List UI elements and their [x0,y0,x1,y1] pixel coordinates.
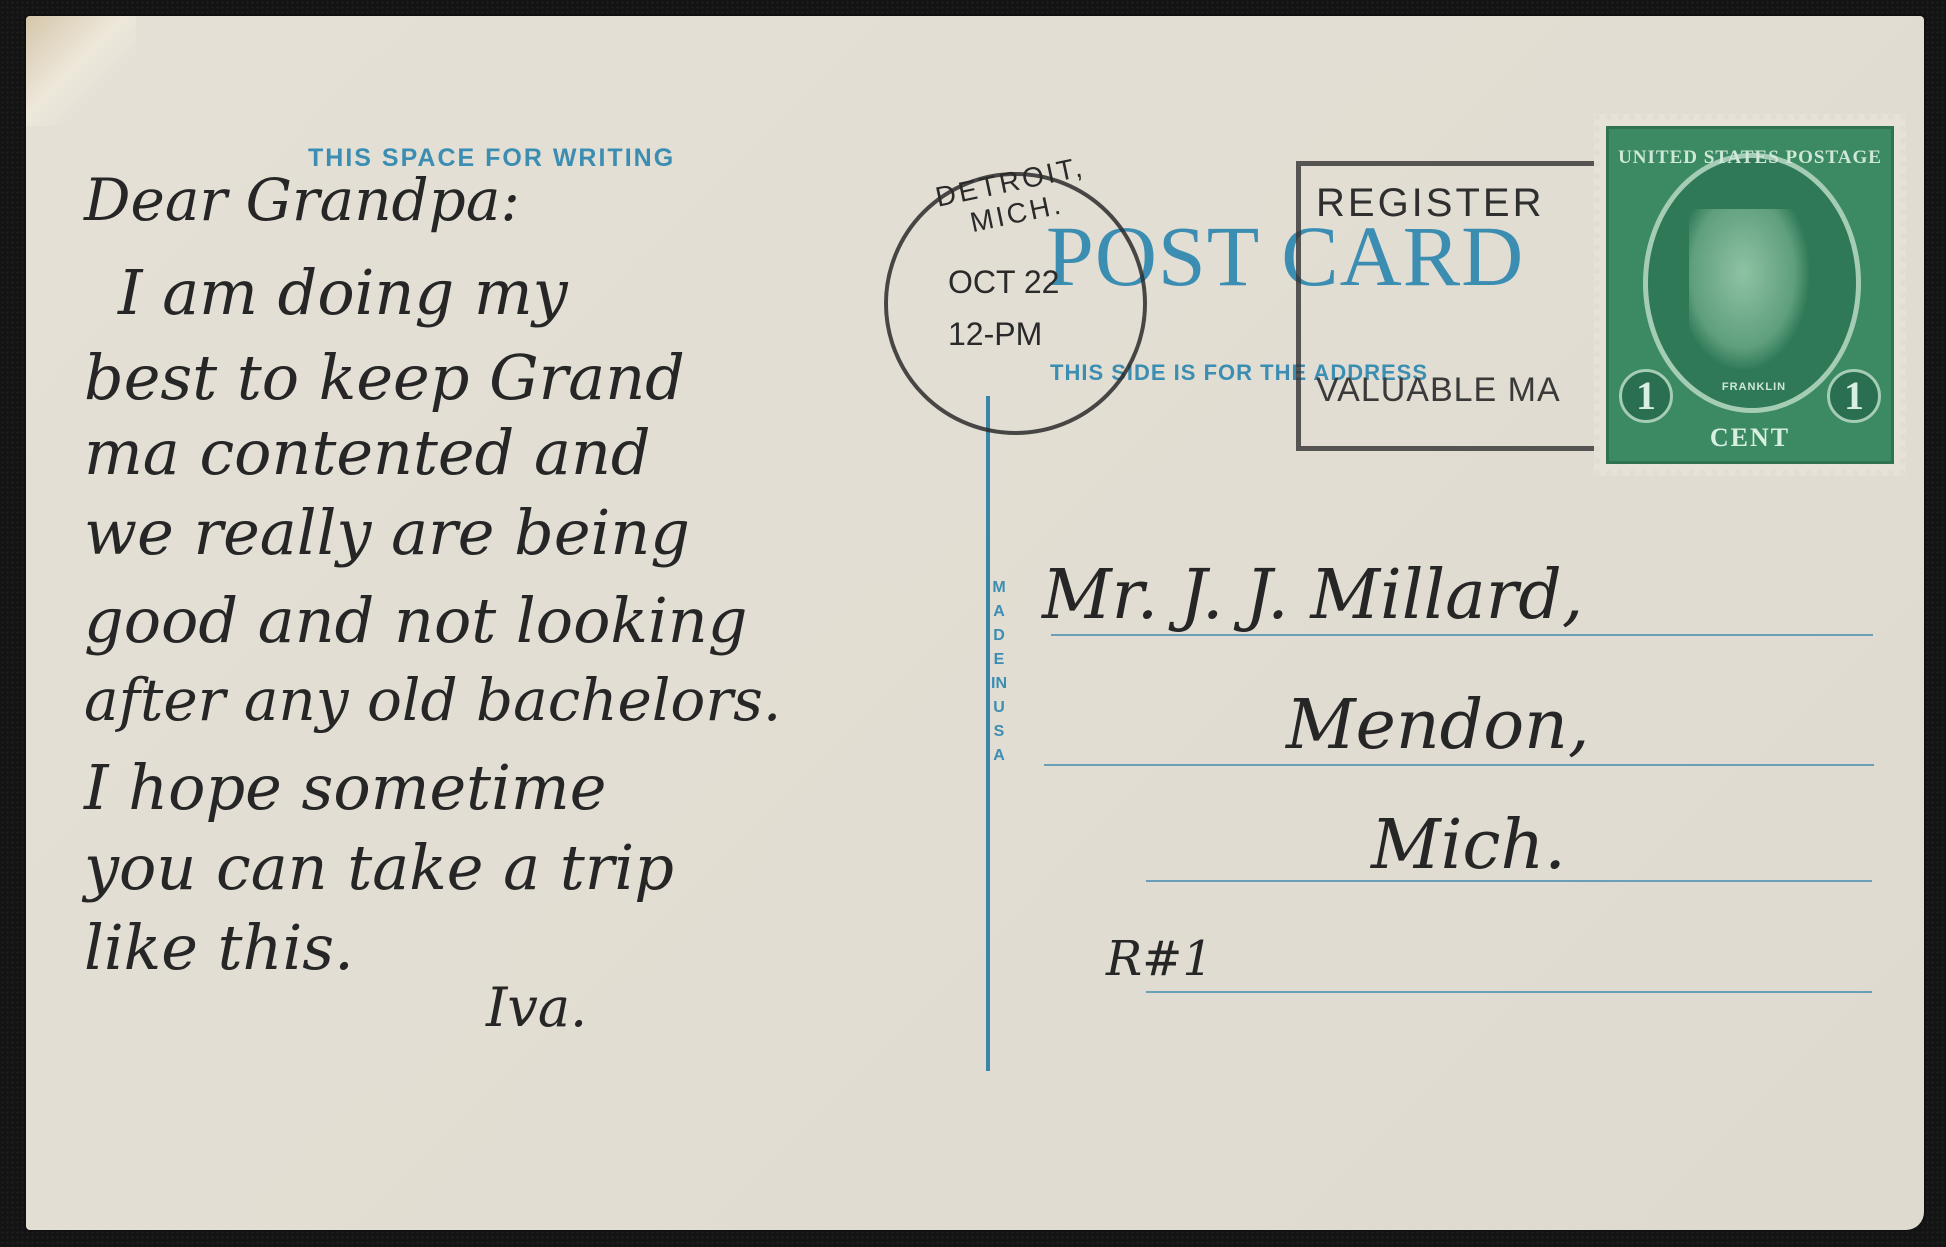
franklin-portrait-icon [1689,209,1809,369]
made-in-letter: A [989,744,1009,768]
stamp-denomination-left: 1 [1619,369,1673,423]
made-in-letter: A [989,600,1009,624]
signature: Iva. [486,976,587,1039]
message-line: I hope sometime [84,751,606,824]
corner-crease [26,16,136,126]
address-rule [1146,991,1872,993]
message-line: we really are being [84,496,690,569]
stamp-portrait-name: FRANKLIN [1699,381,1809,393]
postmark-time: 12-PM [948,316,1042,353]
made-in-letter: E [989,648,1009,672]
cancellation-line-1: REGISTER [1316,181,1544,226]
stamp-frame: UNITED STATES POSTAGE FRANKLIN 1 1 CENT [1606,126,1894,464]
made-in-usa-label: M A D E IN U S A [989,576,1009,768]
made-in-letter: S [989,720,1009,744]
recipient-name: Mr. J. J. Millard, [1042,556,1583,635]
made-in-letter: M [989,576,1009,600]
made-in-letter: IN [989,672,1009,696]
recipient-state: Mich. [1371,806,1566,885]
message-line: Dear Grandpa: [84,166,520,234]
stamp-header: UNITED STATES POSTAGE [1609,147,1891,169]
stamp-unit: CENT [1609,423,1891,453]
cancellation-line-2: VALUABLE MA [1316,371,1561,410]
postcard-back: THIS SPACE FOR WRITING Dear Grandpa: I a… [26,16,1924,1230]
recipient-route: R#1 [1106,931,1213,987]
postage-stamp: UNITED STATES POSTAGE FRANKLIN 1 1 CENT [1594,114,1906,476]
message-line: you can take a trip [84,831,674,904]
message-line: ma contented and [84,416,651,489]
stamp-denomination-right: 1 [1827,369,1881,423]
message-line: best to keep Grand [84,341,685,414]
message-line: good and not looking [84,584,747,657]
message-line: like this. [84,911,354,984]
made-in-letter: U [989,696,1009,720]
message-line: after any old bachelors. [84,666,781,734]
recipient-city: Mendon, [1286,686,1590,765]
message-line: I am doing my [118,256,568,329]
postmark-date: OCT 22 [948,264,1059,301]
made-in-letter: D [989,624,1009,648]
